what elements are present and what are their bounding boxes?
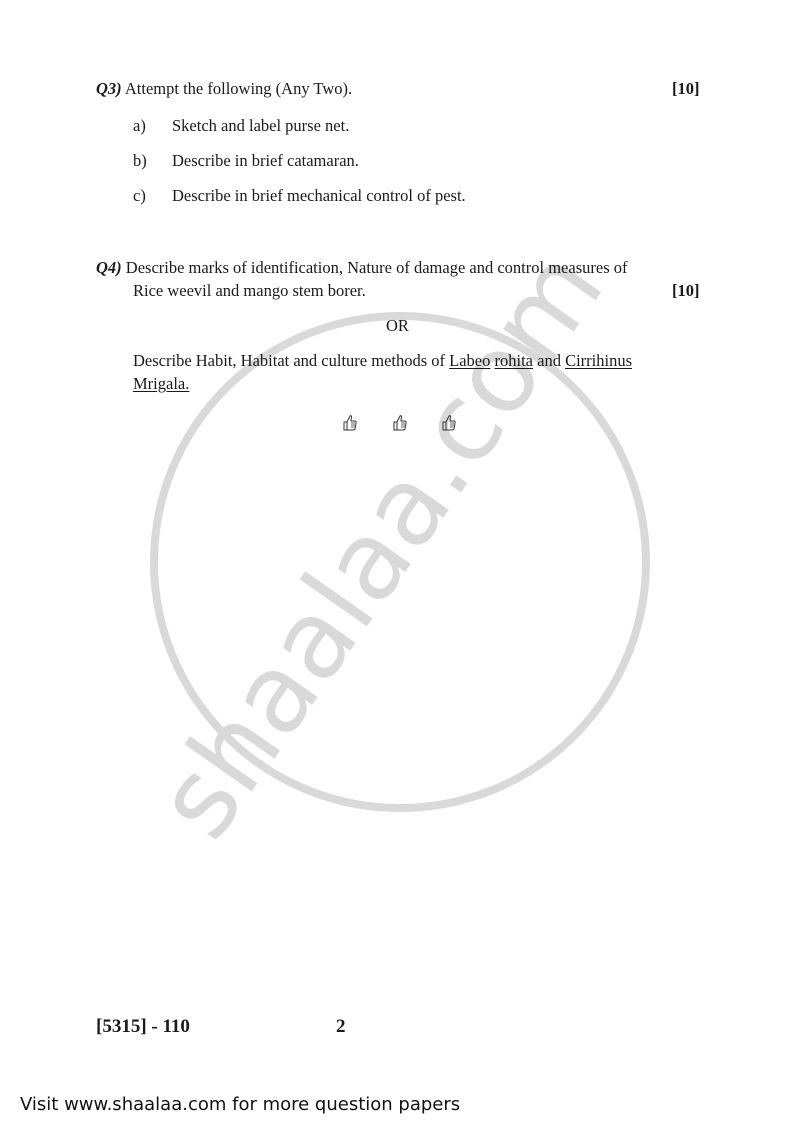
alternative-question: Describe Habit, Habitat and culture meth…	[133, 351, 632, 371]
watermark: shaalaa.com	[0, 0, 800, 1131]
page-number: 2	[336, 1016, 346, 1038]
thumbs-up-icon	[342, 414, 358, 437]
question-number: Q4)	[96, 258, 122, 277]
question-4: Q4) Describe marks of identification, Na…	[96, 258, 627, 278]
question-text-line2: Rice weevil and mango stem borer.	[133, 281, 366, 301]
alternative-question-cont: Mrigala.	[133, 374, 189, 394]
question-3: Q3) Attempt the following (Any Two).	[96, 79, 352, 99]
alt-and: and	[533, 351, 565, 370]
thumbs-up-icon	[441, 414, 457, 437]
subpart-text: Describe in brief mechanical control of …	[172, 186, 466, 206]
species-genus: Labeo	[449, 351, 490, 370]
question-text-line1: Describe marks of identification, Nature…	[126, 258, 628, 277]
question-marks: [10]	[672, 79, 700, 99]
species-name: rohita	[495, 351, 534, 370]
subpart-label: a)	[133, 116, 146, 136]
species-genus: Cirrihinus	[565, 351, 632, 370]
thumbs-up-icon	[392, 414, 408, 437]
question-text: Attempt the following (Any Two).	[125, 79, 352, 98]
subpart-text: Sketch and label purse net.	[172, 116, 349, 136]
alt-text: Describe Habit, Habitat and culture meth…	[133, 351, 449, 370]
subpart-text: Describe in brief catamaran.	[172, 151, 359, 171]
question-marks: [10]	[672, 281, 700, 301]
watermark-text: shaalaa.com	[133, 228, 628, 860]
subpart-label: c)	[133, 186, 146, 206]
site-promo-link[interactable]: Visit www.shaalaa.com for more question …	[20, 1094, 460, 1115]
paper-code: [5315] - 110	[96, 1016, 190, 1038]
question-number: Q3)	[96, 79, 122, 98]
species-name: Mrigala.	[133, 374, 189, 393]
subpart-label: b)	[133, 151, 147, 171]
or-separator: OR	[386, 316, 409, 336]
